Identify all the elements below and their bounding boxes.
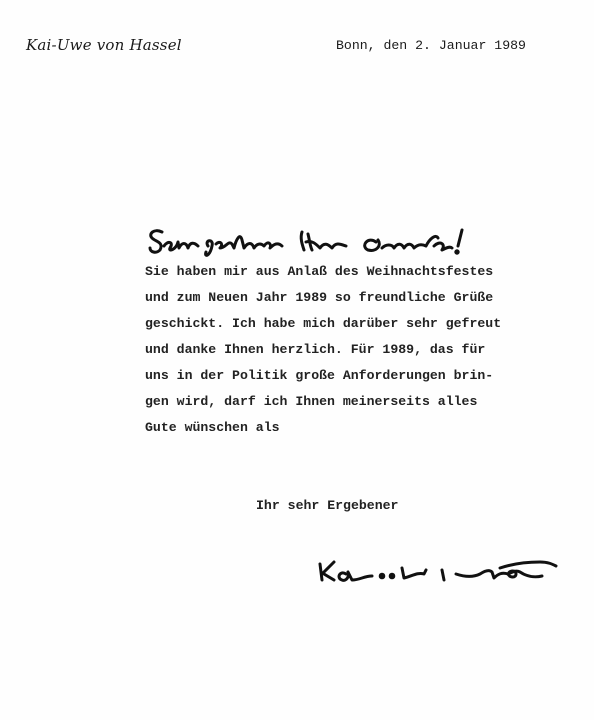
body-line: uns in der Politik große Anforderungen b… bbox=[145, 366, 501, 392]
handwritten-salutation: Sehr geehrter Herr Quantz! bbox=[146, 222, 526, 267]
handwritten-signature: Kai-Uwe von Hassel bbox=[312, 550, 582, 595]
body-line: und danke Ihnen herzlich. Für 1989, das … bbox=[145, 340, 501, 366]
letterhead-name: Kai-Uwe von Hassel bbox=[26, 36, 182, 54]
letter-body: Sie haben mir aus Anlaß des Weihnachtsfe… bbox=[145, 262, 501, 444]
letter-page: Kai-Uwe von Hassel Bonn, den 2. Januar 1… bbox=[0, 0, 594, 720]
body-line: gen wird, darf ich Ihnen meinerseits all… bbox=[145, 392, 501, 418]
body-line: und zum Neuen Jahr 1989 so freundliche G… bbox=[145, 288, 501, 314]
body-line: Gute wünschen als bbox=[145, 418, 501, 444]
signature-scribble-icon bbox=[312, 550, 582, 590]
date-line: Bonn, den 2. Januar 1989 bbox=[336, 38, 526, 53]
body-line: geschickt. Ich habe mich darüber sehr ge… bbox=[145, 314, 501, 340]
closing-phrase: Ihr sehr Ergebener bbox=[256, 498, 398, 513]
body-line: Sie haben mir aus Anlaß des Weihnachtsfe… bbox=[145, 262, 501, 288]
salutation-scribble-icon bbox=[146, 222, 526, 262]
